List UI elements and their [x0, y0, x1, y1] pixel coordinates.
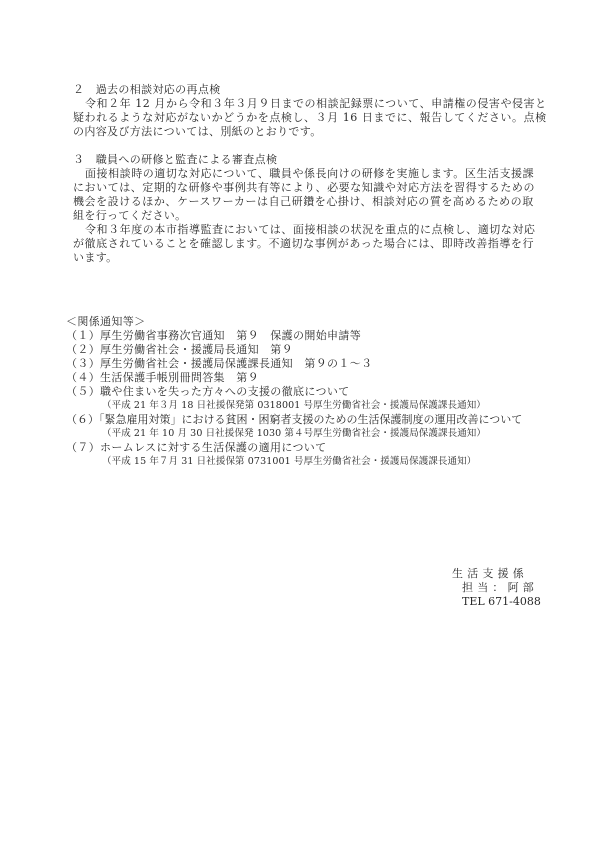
section3-para2-line: が徹底されていることを確認します。不適切な事例があった場合には、即時改善指導を行	[73, 237, 534, 251]
related-item-citation: （平成 15 年７月 31 日社援保第 0731001 号厚生労働省社会・援護局…	[102, 455, 476, 469]
section2-line: 疑われるような対応がないかどうかを点検し、３月 16 日までに、報告してください…	[73, 111, 547, 125]
contact-department: 生 活 支 援 係	[452, 567, 524, 581]
section3-para1-line: においては、定期的な研修や事例共有等により、必要な知識や対応方法を習得するための	[73, 181, 535, 195]
section3-para1-line: 組を行ってください。	[73, 209, 187, 223]
contact-person: 担 当 ： 阿 部	[462, 581, 534, 595]
section3-para2-line: います。	[73, 251, 118, 265]
document-page: ２ 過去の相談対応の再点検 令和２年 12 月から令和３年３月９日までの相談記録…	[0, 0, 600, 849]
related-heading: ＜関係通知等＞	[66, 315, 145, 329]
section3-heading: ３ 職員への研修と監査による審査点検	[73, 153, 277, 167]
section2-line: 令和２年 12 月から令和３年３月９日までの相談記録票について、申請権の侵害や侵…	[85, 97, 547, 111]
section2-heading: ２ 過去の相談対応の再点検	[73, 83, 221, 97]
section2-line: の内容及び方法については、別紙のとおりです。	[73, 125, 322, 139]
contact-tel: TEL 671-4088	[462, 595, 541, 609]
section3-para2-line: 令和３年度の本市指導監査においては、面接相談の状況を重点的に点検し、適切な対応	[85, 223, 535, 237]
related-item: （７）ホームレスに対する生活保護の適用について	[66, 441, 327, 455]
related-item-citation: （平成 21 年３月 18 日社援保発第 0318001 号厚生労働省社会・援護…	[102, 399, 486, 413]
related-item-citation: （平成 21 年 10 月 30 日社援保発 1030 第４号厚生労働省社会・援…	[102, 427, 486, 441]
related-item: （４）生活保護手帳別冊問答集 第９	[66, 371, 259, 385]
related-item: （３）厚生労働省社会・援護局保護課長通知 第９の１～３	[66, 357, 372, 371]
related-item: （１）厚生労働省事務次官通知 第９ 保護の開始申請等	[66, 329, 361, 343]
related-item: （６）「緊急雇用対策」における貧困・困窮者支援のための生活保護制度の運用改善につ…	[66, 413, 522, 427]
related-item: （２）厚生労働省社会・援護局長通知 第９	[66, 343, 293, 357]
related-item: （５）職や住まいを失った方々への支援の徹底について	[66, 385, 350, 399]
section3-para1-line: 機会を設けるほか、ケースワーカーは自己研鑽を心掛け、相談対応の質を高めるための取	[73, 195, 534, 209]
section3-para1-line: 面接相談時の適切な対応について、職員や係長向けの研修を実施します。区生活支援課	[85, 167, 534, 181]
